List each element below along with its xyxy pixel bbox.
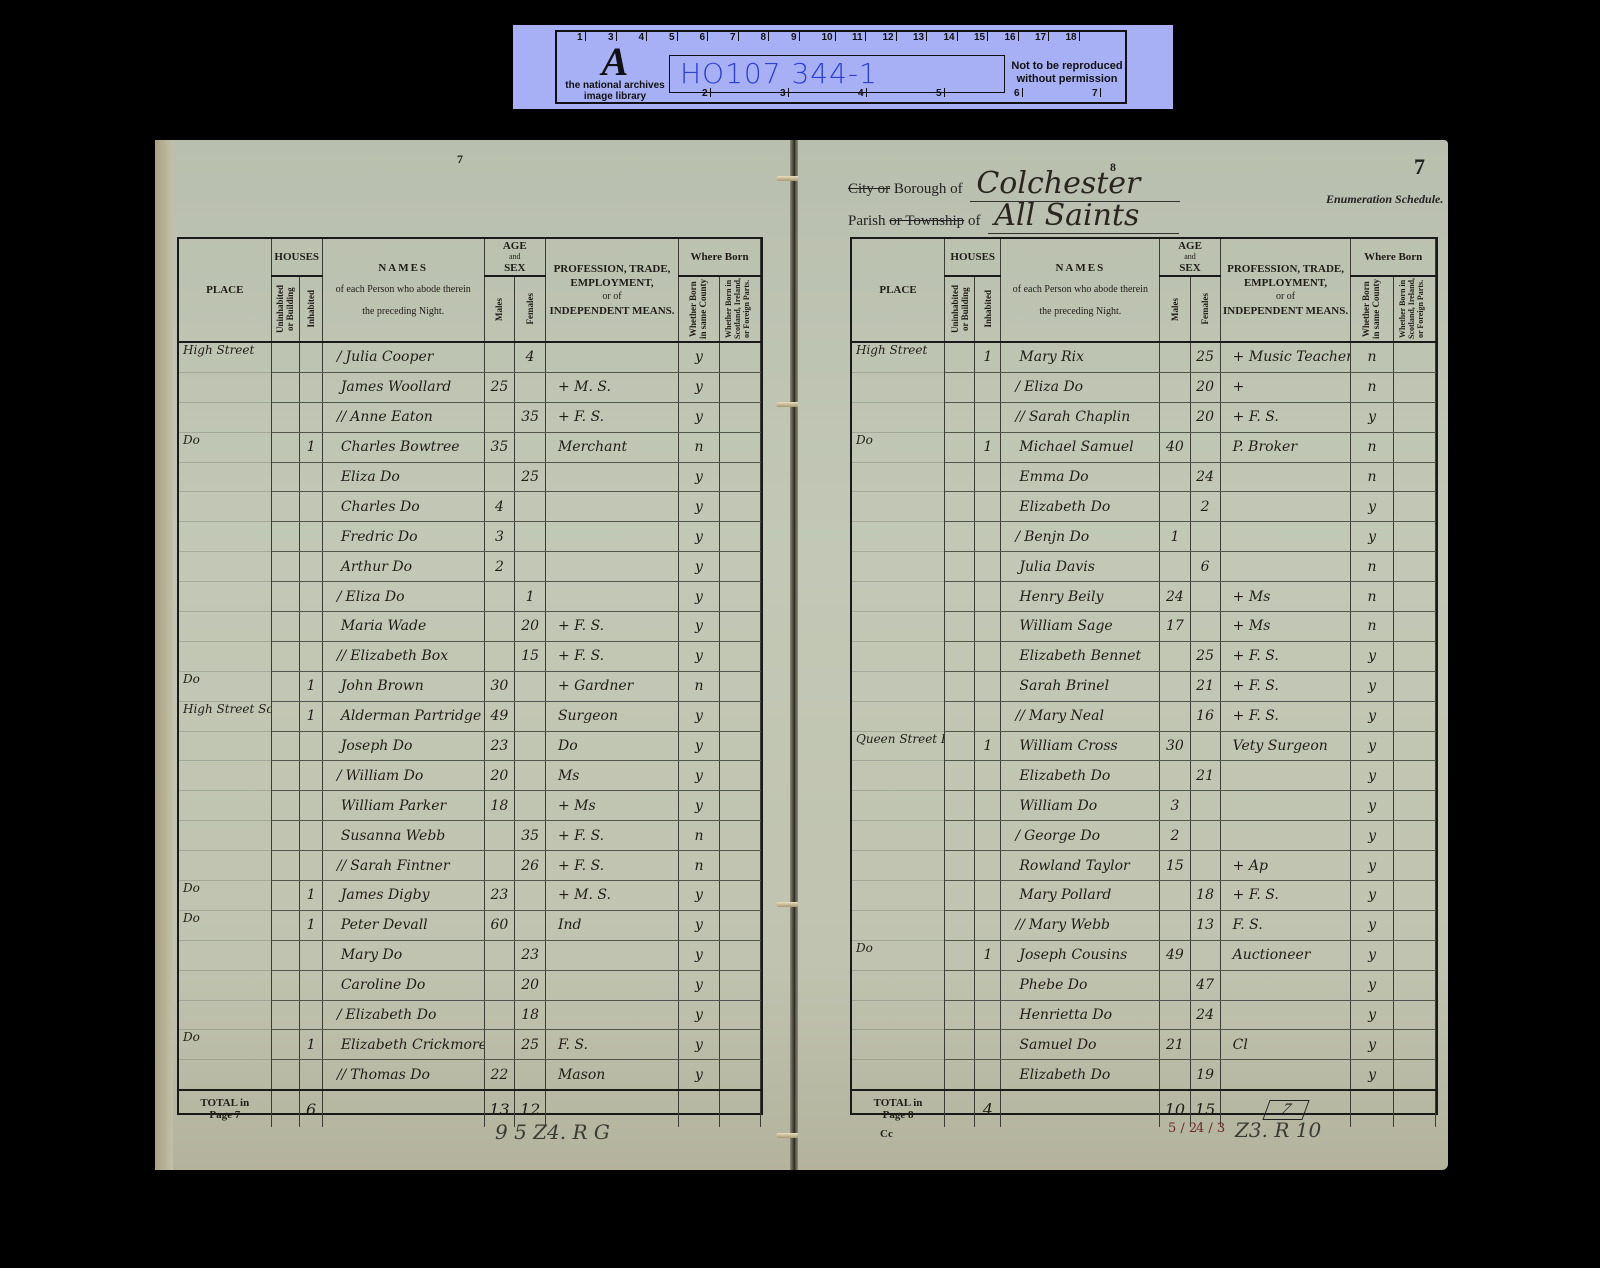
person-name-cell: James Woollard bbox=[322, 372, 484, 402]
born-foreign-cell bbox=[1393, 492, 1435, 522]
person-name-cell: Elizabeth Do bbox=[1001, 1060, 1160, 1090]
male-age-cell bbox=[1160, 761, 1190, 791]
ruler-tick: 10 bbox=[822, 32, 836, 43]
females-label: Females bbox=[1200, 293, 1210, 325]
place-cell: Do bbox=[179, 671, 271, 701]
census-row: Joseph Do 23 Do y bbox=[179, 731, 761, 761]
born-foreign-cell bbox=[1393, 432, 1435, 462]
ruler-tick: 1 bbox=[577, 32, 586, 43]
place-cell bbox=[852, 821, 945, 851]
col-where-born: Where Born bbox=[679, 239, 761, 276]
occupation-cell: Surgeon bbox=[545, 701, 678, 731]
person-name-cell: Rowland Taylor bbox=[1001, 851, 1160, 881]
ruler-tick: 11 bbox=[852, 32, 866, 43]
census-row: High Street 1 Mary Rix 25 + Music Teache… bbox=[852, 342, 1436, 372]
born-foreign-cell bbox=[719, 1000, 760, 1030]
census-row: /Eliza Do 20 + n bbox=[852, 372, 1436, 402]
person-name-cell: Samuel Do bbox=[1001, 1030, 1160, 1060]
person-name: Henry Beily bbox=[1019, 589, 1103, 605]
total-label-2: Page 8 bbox=[852, 1109, 944, 1121]
uninhabited-cell bbox=[945, 552, 975, 582]
names-sub-2: the preceding Night. bbox=[1001, 305, 1159, 319]
inhabited-cell bbox=[300, 582, 323, 612]
census-row: Charles Do 4 y bbox=[179, 492, 761, 522]
person-name: Mary Rix bbox=[1019, 349, 1084, 365]
female-age-cell bbox=[1190, 821, 1220, 851]
uninhabited-cell bbox=[945, 432, 975, 462]
ruler-tick: 4 bbox=[639, 32, 648, 43]
ruler-tick: 16 bbox=[1005, 32, 1019, 43]
enumerator-mark: / bbox=[337, 1007, 342, 1023]
female-age-cell: 24 bbox=[1190, 462, 1220, 492]
place-cell bbox=[852, 492, 945, 522]
female-age-cell bbox=[1190, 582, 1220, 612]
inhabited-cell: 1 bbox=[300, 910, 323, 940]
male-age-cell: 18 bbox=[484, 791, 515, 821]
born-same-county-cell: y bbox=[679, 910, 720, 940]
occupation-cell bbox=[1220, 791, 1351, 821]
parish-label: Parish bbox=[848, 213, 886, 229]
place-cell bbox=[852, 1030, 945, 1060]
born-same-county-cell: y bbox=[1351, 1000, 1393, 1030]
female-age-cell: 16 bbox=[1190, 701, 1220, 731]
col-inhabited: Inhabited bbox=[300, 276, 323, 342]
male-age-cell: 17 bbox=[1160, 612, 1190, 642]
sheet-number: 7 bbox=[1414, 154, 1425, 180]
ruler-tick: 6 bbox=[1014, 88, 1023, 99]
person-name-cell: Mary Pollard bbox=[1001, 881, 1160, 911]
born-same-county-cell: n bbox=[1351, 552, 1393, 582]
same-county-label: Whether Born in same County bbox=[688, 277, 710, 341]
place-cell bbox=[852, 910, 945, 940]
born-same-county-cell: y bbox=[679, 701, 720, 731]
born-foreign-cell bbox=[1393, 372, 1435, 402]
census-row: //Sarah Chaplin 20 + F. S. y bbox=[852, 402, 1436, 432]
national-archives-logo: A the national archives image library bbox=[561, 44, 669, 102]
occupation-cell bbox=[1220, 821, 1351, 851]
female-age-cell: 13 bbox=[1190, 910, 1220, 940]
place-cell: High Street South bbox=[179, 701, 271, 731]
prof-line-3: or of bbox=[1221, 290, 1351, 304]
census-row: /William Do 20 Ms y bbox=[179, 761, 761, 791]
place-cell bbox=[179, 1000, 271, 1030]
occupation-cell: Ind bbox=[545, 910, 678, 940]
born-foreign-cell bbox=[719, 910, 760, 940]
born-foreign-cell bbox=[1393, 821, 1435, 851]
person-name-cell: John Brown bbox=[322, 671, 484, 701]
census-row: //Mary Neal 16 + F. S. y bbox=[852, 701, 1436, 731]
person-name: Charles Bowtree bbox=[341, 439, 460, 455]
male-age-cell: 2 bbox=[1160, 821, 1190, 851]
occupation-cell: + F. S. bbox=[545, 612, 678, 642]
person-name: Eliza Do bbox=[341, 469, 400, 485]
male-age-cell: 4 bbox=[484, 492, 515, 522]
inhabited-cell bbox=[300, 761, 323, 791]
col-foreign: Whether Born in Scotland, Ireland, or Fo… bbox=[1393, 276, 1435, 342]
person-name-cell: Elizabeth Do bbox=[1001, 492, 1160, 522]
inhabited-cell bbox=[975, 881, 1001, 911]
males-label: Males bbox=[494, 298, 504, 321]
born-foreign-cell bbox=[1393, 791, 1435, 821]
inhabited-cell bbox=[300, 402, 323, 432]
census-row: William Sage 17 + Ms n bbox=[852, 612, 1436, 642]
born-foreign-cell bbox=[1393, 940, 1435, 970]
born-foreign-cell bbox=[719, 1030, 760, 1060]
place-cell: Do bbox=[179, 1030, 271, 1060]
person-name: Elizabeth Box bbox=[350, 648, 448, 664]
uninhabited-cell bbox=[945, 761, 975, 791]
uninhabited-cell bbox=[945, 462, 975, 492]
inhabited-cell: 1 bbox=[975, 731, 1001, 761]
occupation-cell: Vety Surgeon bbox=[1220, 731, 1351, 761]
person-name-cell: Peter Devall bbox=[322, 910, 484, 940]
inhabited-cell bbox=[975, 791, 1001, 821]
uninhabited-cell bbox=[271, 671, 300, 701]
born-foreign-cell bbox=[1393, 522, 1435, 552]
occupation-cell: + M. S. bbox=[545, 372, 678, 402]
occupation-cell: + F. S. bbox=[1220, 671, 1351, 701]
enumerator-mark: / bbox=[337, 589, 342, 605]
born-same-county-cell: n bbox=[1351, 372, 1393, 402]
uninhabited-cell bbox=[271, 851, 300, 881]
place-cell: Do bbox=[852, 432, 945, 462]
parish-value: All Saints bbox=[988, 198, 1179, 234]
census-row: Elizabeth Do 2 y bbox=[852, 492, 1436, 522]
census-row: High Street South 1 Alderman Partridge 4… bbox=[179, 701, 761, 731]
male-age-cell: 20 bbox=[484, 761, 515, 791]
female-age-cell: 20 bbox=[1190, 402, 1220, 432]
person-name: Anne Eaton bbox=[350, 409, 433, 425]
person-name-cell: Phebe Do bbox=[1001, 970, 1160, 1000]
male-age-cell bbox=[484, 851, 515, 881]
inhabited-cell bbox=[975, 462, 1001, 492]
census-row: //Thomas Do 22 Mason y bbox=[179, 1060, 761, 1090]
uninhabited-cell bbox=[271, 791, 300, 821]
born-same-county-cell: y bbox=[1351, 970, 1393, 1000]
born-same-county-cell: y bbox=[679, 402, 720, 432]
female-age-cell: 25 bbox=[1190, 641, 1220, 671]
uninhabited-cell bbox=[945, 970, 975, 1000]
inhabited-cell bbox=[975, 821, 1001, 851]
occupation-cell bbox=[545, 342, 678, 372]
age-and: and bbox=[485, 253, 545, 261]
ruler-tick: 5 bbox=[669, 32, 678, 43]
occupation-cell: + Ap bbox=[1220, 851, 1351, 881]
notice-line-2: without permission bbox=[1007, 73, 1127, 86]
uninhabited-cell bbox=[271, 582, 300, 612]
born-foreign-cell bbox=[719, 940, 760, 970]
col-males: Males bbox=[1160, 276, 1190, 342]
occupation-cell: + F. S. bbox=[1220, 641, 1351, 671]
census-row: /Eliza Do 1 y bbox=[179, 582, 761, 612]
place-cell bbox=[179, 462, 271, 492]
occupation-cell bbox=[545, 492, 678, 522]
uninhabited-cell bbox=[945, 671, 975, 701]
occupation-cell: + Gardner bbox=[545, 671, 678, 701]
person-name: Eliza Do bbox=[1024, 379, 1083, 395]
occupation-cell bbox=[1220, 1000, 1351, 1030]
total-names-blank bbox=[322, 1090, 484, 1127]
person-name-cell: Elizabeth Bennet bbox=[1001, 641, 1160, 671]
male-age-cell bbox=[484, 612, 515, 642]
logo-line-2: image library bbox=[561, 91, 669, 102]
inhabited-cell bbox=[300, 791, 323, 821]
female-age-cell bbox=[1190, 432, 1220, 462]
age-title: AGE bbox=[1160, 239, 1219, 253]
col-uninhabited: Uninhabited or Building bbox=[271, 276, 300, 342]
place-cell: Do bbox=[179, 881, 271, 911]
male-age-cell bbox=[484, 1000, 515, 1030]
census-row: Do 1 John Brown 30 + Gardner n bbox=[179, 671, 761, 701]
occupation-cell: Merchant bbox=[545, 432, 678, 462]
uninhabited-cell bbox=[271, 342, 300, 372]
occupation-cell bbox=[1220, 970, 1351, 1000]
male-age-cell: 3 bbox=[484, 522, 515, 552]
female-age-cell: 25 bbox=[515, 1030, 546, 1060]
occupation-cell bbox=[545, 582, 678, 612]
inhabited-cell: 1 bbox=[300, 701, 323, 731]
enumerator-mark: // bbox=[1015, 917, 1024, 933]
borough-value: Colchester bbox=[970, 166, 1180, 202]
person-name-cell: Mary Do bbox=[322, 940, 484, 970]
female-age-cell bbox=[515, 910, 546, 940]
female-age-cell bbox=[515, 881, 546, 911]
red-note-1: 5 / 2 bbox=[1168, 1122, 1197, 1136]
person-name-cell: Charles Do bbox=[322, 492, 484, 522]
uninhabited-cell bbox=[271, 372, 300, 402]
person-name-cell: James Digby bbox=[322, 881, 484, 911]
census-row: Henry Beily 24 + Ms n bbox=[852, 582, 1436, 612]
person-name: Benjn Do bbox=[1024, 529, 1089, 545]
person-name-cell: Michael Samuel bbox=[1001, 432, 1160, 462]
uninhabited-cell bbox=[271, 881, 300, 911]
person-name: James Woollard bbox=[341, 379, 451, 395]
census-row: William Parker 18 + Ms y bbox=[179, 791, 761, 821]
born-foreign-cell bbox=[719, 372, 760, 402]
census-row: Do 1 James Digby 23 + M. S. y bbox=[179, 881, 761, 911]
place-cell bbox=[179, 821, 271, 851]
total-row: TOTAL in Page 8 4 10 15 7 bbox=[852, 1090, 1436, 1127]
person-name: Rowland Taylor bbox=[1019, 858, 1129, 874]
foreign-label: Whether Born in Scotland, Ireland, or Fo… bbox=[724, 277, 756, 341]
person-name: William Do bbox=[346, 768, 424, 784]
born-same-county-cell: y bbox=[679, 552, 720, 582]
female-age-cell: 23 bbox=[515, 940, 546, 970]
occupation-cell: + F. S. bbox=[545, 641, 678, 671]
person-name-cell: /Eliza Do bbox=[322, 582, 484, 612]
born-same-county-cell: n bbox=[1351, 342, 1393, 372]
total-label: TOTAL in Page 7 bbox=[179, 1090, 271, 1127]
occupation-cell bbox=[545, 970, 678, 1000]
born-same-county-cell: n bbox=[1351, 582, 1393, 612]
census-row: Emma Do 24 n bbox=[852, 462, 1436, 492]
enumerator-mark: // bbox=[337, 858, 346, 874]
inhabited-cell bbox=[300, 372, 323, 402]
place-cell bbox=[852, 701, 945, 731]
inhabited-cell bbox=[300, 731, 323, 761]
ruler-tick: 9 bbox=[791, 32, 800, 43]
male-age-cell: 21 bbox=[1160, 1030, 1190, 1060]
enumeration-schedule-label: Enumeration Schedule. bbox=[1326, 192, 1443, 207]
uninhabited-cell bbox=[945, 582, 975, 612]
inhabited-cell bbox=[975, 910, 1001, 940]
person-name: Sarah Chaplin bbox=[1029, 409, 1130, 425]
person-name: Mary Pollard bbox=[1019, 887, 1111, 903]
enumerator-mark: / bbox=[1015, 828, 1020, 844]
female-age-cell: 1 bbox=[515, 582, 546, 612]
female-age-cell: 20 bbox=[515, 612, 546, 642]
uninhabited-cell bbox=[271, 552, 300, 582]
inhabited-cell bbox=[300, 522, 323, 552]
col-same-county: Whether Born in same County bbox=[679, 276, 720, 342]
born-foreign-cell bbox=[1393, 1030, 1435, 1060]
born-same-county-cell: y bbox=[679, 940, 720, 970]
inhabited-cell bbox=[975, 582, 1001, 612]
place-cell bbox=[179, 582, 271, 612]
col-houses: HOUSES bbox=[945, 239, 1001, 276]
census-row: Sarah Brinel 21 + F. S. y bbox=[852, 671, 1436, 701]
place-cell bbox=[179, 940, 271, 970]
born-same-county-cell: y bbox=[1351, 881, 1393, 911]
person-name-cell: //Sarah Chaplin bbox=[1001, 402, 1160, 432]
right-bottom-annotation: Z3. R 10 bbox=[1235, 1118, 1321, 1142]
born-same-county-cell: y bbox=[1351, 821, 1393, 851]
uninhabited-cell bbox=[271, 492, 300, 522]
person-name-cell: /George Do bbox=[1001, 821, 1160, 851]
born-same-county-cell: y bbox=[679, 582, 720, 612]
person-name: Elizabeth Crickmore bbox=[341, 1037, 484, 1053]
female-age-cell: 2 bbox=[1190, 492, 1220, 522]
total-inhabited: 4 bbox=[975, 1090, 1001, 1127]
col-names: NAMES of each Person who abode therein t… bbox=[1001, 239, 1160, 342]
female-age-cell bbox=[1190, 522, 1220, 552]
born-foreign-cell bbox=[719, 1060, 760, 1090]
census-row: Maria Wade 20 + F. S. y bbox=[179, 612, 761, 642]
place-cell bbox=[179, 552, 271, 582]
enumerator-mark: // bbox=[1015, 409, 1024, 425]
male-age-cell bbox=[1160, 881, 1190, 911]
occupation-cell: + Music Teacher bbox=[1220, 342, 1351, 372]
inhabited-cell bbox=[300, 821, 323, 851]
col-females: Females bbox=[1190, 276, 1220, 342]
census-row: Do 1 Elizabeth Crickmore 25 F. S. y bbox=[179, 1030, 761, 1060]
uninhabited-cell bbox=[945, 342, 975, 372]
occupation-cell: Auctioneer bbox=[1220, 940, 1351, 970]
born-foreign-cell bbox=[1393, 761, 1435, 791]
occupation-cell bbox=[545, 522, 678, 552]
inhabited-cell: 1 bbox=[300, 881, 323, 911]
born-foreign-cell bbox=[719, 791, 760, 821]
person-name-cell: /William Do bbox=[322, 761, 484, 791]
inhabited-cell bbox=[975, 851, 1001, 881]
census-row: //Elizabeth Box 15 + F. S. y bbox=[179, 641, 761, 671]
col-where-born: Where Born bbox=[1351, 239, 1436, 276]
same-county-label: Whether Born in same County bbox=[1361, 277, 1383, 341]
uninhabited-cell bbox=[945, 821, 975, 851]
female-age-cell bbox=[515, 791, 546, 821]
born-foreign-cell bbox=[719, 462, 760, 492]
enumerator-mark: // bbox=[337, 1067, 346, 1083]
place-cell bbox=[179, 731, 271, 761]
person-name-cell: //Mary Neal bbox=[1001, 701, 1160, 731]
uninhabited-cell bbox=[271, 821, 300, 851]
prof-line-4: INDEPENDENT MEANS. bbox=[1221, 304, 1351, 318]
male-age-cell: 1 bbox=[1160, 522, 1190, 552]
census-row: Do 1 Charles Bowtree 35 Merchant n bbox=[179, 432, 761, 462]
occupation-cell bbox=[545, 940, 678, 970]
col-age-sex: AGE and SEX bbox=[484, 239, 545, 276]
born-same-county-cell: y bbox=[679, 522, 720, 552]
total-foreign bbox=[719, 1090, 760, 1127]
female-age-cell bbox=[515, 1060, 546, 1090]
census-row: Phebe Do 47 y bbox=[852, 970, 1436, 1000]
census-table-right: PLACE HOUSES NAMES of each Person who ab… bbox=[850, 237, 1438, 1115]
census-row: Queen Street East 1 William Cross 30 Vet… bbox=[852, 731, 1436, 761]
place-cell bbox=[852, 791, 945, 821]
person-name-cell: William Cross bbox=[1001, 731, 1160, 761]
person-name: William Do bbox=[1019, 798, 1097, 814]
census-row: Julia Davis 6 n bbox=[852, 552, 1436, 582]
borough-struck-text: City or bbox=[848, 181, 890, 197]
male-age-cell: 40 bbox=[1160, 432, 1190, 462]
inhabited-cell bbox=[975, 1060, 1001, 1090]
parish-struck-text: or Township bbox=[889, 213, 964, 229]
male-age-cell bbox=[484, 970, 515, 1000]
names-title: NAMES bbox=[1001, 261, 1159, 275]
person-name-cell: //Thomas Do bbox=[322, 1060, 484, 1090]
occupation-cell: + M. S. bbox=[545, 881, 678, 911]
person-name-cell: Henry Beily bbox=[1001, 582, 1160, 612]
inhabited-cell bbox=[300, 641, 323, 671]
born-foreign-cell bbox=[1393, 402, 1435, 432]
person-name: Joseph Do bbox=[341, 738, 413, 754]
ruler-tick: 14 bbox=[944, 32, 958, 43]
born-foreign-cell bbox=[719, 821, 760, 851]
uninhabited-cell bbox=[945, 402, 975, 432]
uninhabited-cell bbox=[271, 462, 300, 492]
uninhabited-cell bbox=[271, 701, 300, 731]
place-cell: High Street bbox=[179, 342, 271, 372]
inhabited-cell bbox=[300, 342, 323, 372]
person-name: Susanna Webb bbox=[341, 828, 445, 844]
inhabited-cell: 1 bbox=[975, 342, 1001, 372]
census-row: Mary Pollard 18 + F. S. y bbox=[852, 881, 1436, 911]
male-age-cell: 25 bbox=[484, 372, 515, 402]
prof-line-2: EMPLOYMENT, bbox=[1221, 276, 1351, 290]
born-same-county-cell: y bbox=[1351, 910, 1393, 940]
females-label: Females bbox=[525, 293, 535, 325]
occupation-cell bbox=[1220, 761, 1351, 791]
born-same-county-cell: n bbox=[1351, 612, 1393, 642]
inhabited-cell bbox=[300, 851, 323, 881]
person-name-cell: Alderman Partridge bbox=[322, 701, 484, 731]
census-row: Fredric Do 3 y bbox=[179, 522, 761, 552]
total-same-county bbox=[1351, 1090, 1393, 1127]
enumerator-mark: / bbox=[337, 349, 342, 365]
person-name-cell: /Benjn Do bbox=[1001, 522, 1160, 552]
born-foreign-cell bbox=[1393, 1000, 1435, 1030]
female-age-cell bbox=[1190, 851, 1220, 881]
uninhabited-cell bbox=[945, 910, 975, 940]
person-name-cell: Arthur Do bbox=[322, 552, 484, 582]
inhabited-cell bbox=[300, 1060, 323, 1090]
person-name: Mary Webb bbox=[1029, 917, 1110, 933]
born-foreign-cell bbox=[1393, 582, 1435, 612]
uninhabited-label: Uninhabited or Building bbox=[275, 284, 295, 334]
born-foreign-cell bbox=[719, 492, 760, 522]
born-same-county-cell: y bbox=[679, 791, 720, 821]
occupation-cell bbox=[545, 1000, 678, 1030]
